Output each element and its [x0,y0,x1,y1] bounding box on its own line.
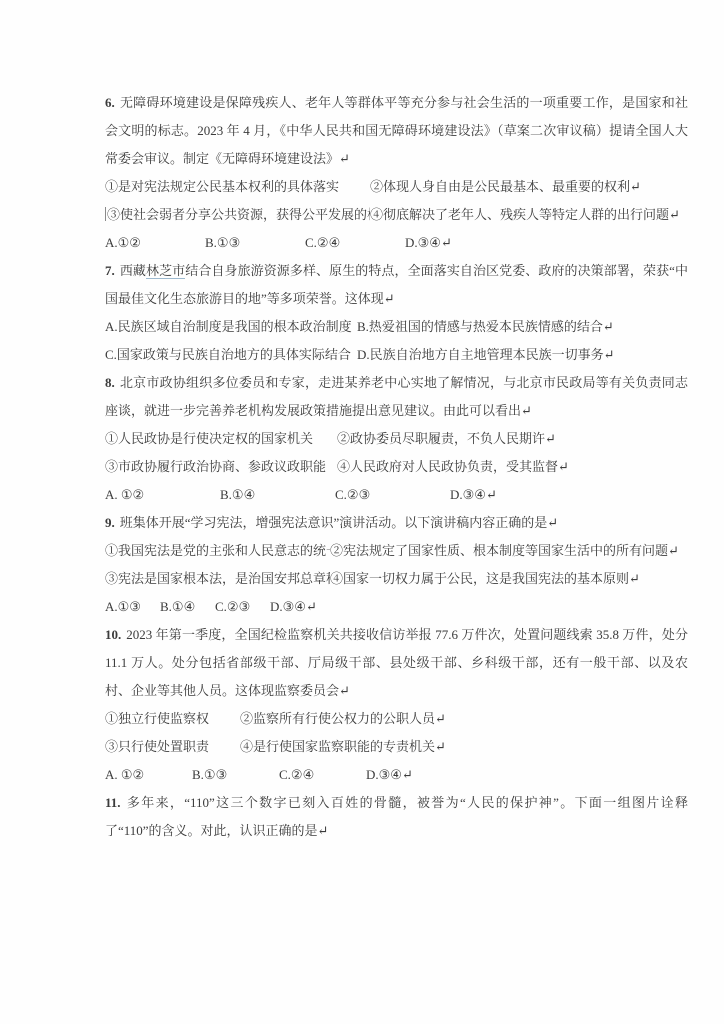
question-8-option-2: ②政协委员尽职履责，不负人民期许↵ [337,425,688,453]
question-10-answer-a: A. ①② [105,761,192,789]
question-8-option-3: ③市政协履行政治协商、参政议政职能 [105,453,337,481]
question-6-answer-row: A.①② B.①③ C.②④ D.③④↵ [105,229,688,257]
question-7-option-b: B.热爱祖国的情感与热爱本民族情感的结合↵ [357,313,688,341]
question-6-answer-c: C.②④ [305,229,405,257]
question-6-option-4: ④彻底解决了老年人、残疾人等特定人群的出行问题↵ [370,201,688,229]
question-8-option-4: ④人民政府对人民政协负责，受其监督↵ [337,453,688,481]
question-7-stem-post: 结合自身旅游资源多样、原生的特点，全面落实自治区党委、政府的决策部署，荣获“中国… [105,263,688,306]
question-10: 10.2023 年第一季度，全国纪检监察机关共接收信访举报 77.6 万件次，处… [105,621,688,789]
question-9-option-1: ①我国宪法是党的主张和人民意志的统一 [105,537,330,565]
question-7-stem: 7.西藏林芝市结合自身旅游资源多样、原生的特点，全面落实自治区党委、政府的决策部… [105,257,688,313]
question-11: 11.多年来，“110”这三个数字已刻入百姓的骨髓，被誉为“人民的保护神”。下面… [105,789,688,845]
question-6-answer-a: A.①② [105,229,205,257]
question-10-options: ①独立行使监察权 ②监察所有行使公权力的公职人员↵ ③只行使处置职责 ④是行使国… [105,705,688,761]
question-7-options: A.民族区域自治制度是我国的根本政治制度 B.热爱祖国的情感与热爱本民族情感的结… [105,313,688,369]
question-7-stem-pre: 西藏 [120,263,146,278]
question-10-number: 10. [105,627,121,642]
question-10-option-1: ①独立行使监察权 [105,705,240,733]
question-8-answer-row: A. ①② B.①④ C.②③ D.③④↵ [105,481,688,509]
question-8-answer-c: C.②③ [335,481,450,509]
question-9-answer-a: A.①③ [105,593,160,621]
question-9-answer-d: D.③④↵ [270,593,317,621]
question-8: 8.北京市政协组织多位委员和专家，走进某养老中心实地了解情况，与北京市民政局等有… [105,369,688,509]
question-9-answer-b: B.①④ [160,593,215,621]
question-6-stem: 6.无障碍环境建设是保障残疾人、老年人等群体平等充分参与社会生活的一项重要工作，… [105,89,688,173]
question-9-stem: 9.班集体开展“学习宪法，增强宪法意识”演讲活动。以下演讲稿内容正确的是↵ [105,509,688,537]
question-7-option-c: C.国家政策与民族自治地方的具体实际结合 [105,341,357,369]
question-10-answer-d: D.③④↵ [366,761,413,789]
question-7: 7.西藏林芝市结合自身旅游资源多样、原生的特点，全面落实自治区党委、政府的决策部… [105,257,688,369]
question-8-stem: 8.北京市政协组织多位委员和专家，走进某养老中心实地了解情况，与北京市民政局等有… [105,369,688,425]
question-6-answer-b: B.①③ [205,229,305,257]
question-10-stem: 10.2023 年第一季度，全国纪检监察机关共接收信访举报 77.6 万件次，处… [105,621,688,705]
question-9-options: ①我国宪法是党的主张和人民意志的统一 ②宪法规定了国家性质、根本制度等国家生活中… [105,537,688,593]
question-6-answer-d: D.③④↵ [405,229,452,257]
question-10-answer-c: C.②④ [279,761,366,789]
question-7-place-name: 林芝市 [146,263,185,279]
question-8-options: ①人民政协是行使决定权的国家机关 ②政协委员尽职履责，不负人民期许↵ ③市政协履… [105,425,688,481]
question-11-number: 11. [105,795,121,810]
question-9-option-4: ④国家一切权力属于公民，这是我国宪法的基本原则↵ [330,565,688,593]
question-10-option-3: ③只行使处置职责 [105,733,240,761]
question-11-stem-text: 多年来，“110”这三个数字已刻入百姓的骨髓，被誉为“人民的保护神”。下面一组图… [105,795,688,838]
question-6-options: ①是对宪法规定公民基本权利的具体落实 ②体现人身自由是公民最基本、最重要的权利↵… [105,173,688,229]
question-6-option-3: ③使社会弱者分享公共资源，获得公平发展的机会 [105,201,370,229]
question-10-answer-row: A. ①② B.①③ C.②④ D.③④↵ [105,761,688,789]
question-8-number: 8. [105,375,115,390]
question-10-option-2: ②监察所有行使公权力的公职人员↵ [240,705,688,733]
question-8-answer-a: A. ①② [105,481,220,509]
question-11-stem: 11.多年来，“110”这三个数字已刻入百姓的骨髓，被誉为“人民的保护神”。下面… [105,789,688,845]
document-page: 6.无障碍环境建设是保障残疾人、老年人等群体平等充分参与社会生活的一项重要工作，… [0,0,724,1024]
question-8-stem-text: 北京市政协组织多位委员和专家，走进某养老中心实地了解情况，与北京市民政局等有关负… [105,375,688,418]
question-9: 9.班集体开展“学习宪法，增强宪法意识”演讲活动。以下演讲稿内容正确的是↵ ①我… [105,509,688,621]
question-7-option-a: A.民族区域自治制度是我国的根本政治制度 [105,313,357,341]
question-9-option-3: ③宪法是国家根本法，是治国安邦总章程 [105,565,330,593]
question-10-stem-text: 2023 年第一季度，全国纪检监察机关共接收信访举报 77.6 万件次，处置问题… [105,627,688,698]
question-6: 6.无障碍环境建设是保障残疾人、老年人等群体平等充分参与社会生活的一项重要工作，… [105,89,688,257]
question-6-number: 6. [105,95,115,110]
question-9-option-2: ②宪法规定了国家性质、根本制度等国家生活中的所有问题↵ [330,537,688,565]
question-8-answer-b: B.①④ [220,481,335,509]
question-7-number: 7. [105,263,115,278]
question-8-answer-d: D.③④↵ [450,481,497,509]
question-6-option-2: ②体现人身自由是公民最基本、最重要的权利↵ [370,173,688,201]
question-10-option-4: ④是行使国家监察职能的专责机关↵ [240,733,688,761]
question-9-number: 9. [105,515,115,530]
question-9-stem-text: 班集体开展“学习宪法，增强宪法意识”演讲活动。以下演讲稿内容正确的是↵ [120,515,558,530]
question-10-answer-b: B.①③ [192,761,279,789]
question-9-answer-row: A.①③ B.①④ C.②③ D.③④↵ [105,593,688,621]
question-6-option-1: ①是对宪法规定公民基本权利的具体落实 [105,173,370,201]
question-9-answer-c: C.②③ [215,593,270,621]
question-6-stem-text: 无障碍环境建设是保障残疾人、老年人等群体平等充分参与社会生活的一项重要工作，是国… [105,95,688,166]
question-7-option-d: D.民族自治地方自主地管理本民族一切事务↵ [357,341,688,369]
question-8-option-1: ①人民政协是行使决定权的国家机关 [105,425,337,453]
